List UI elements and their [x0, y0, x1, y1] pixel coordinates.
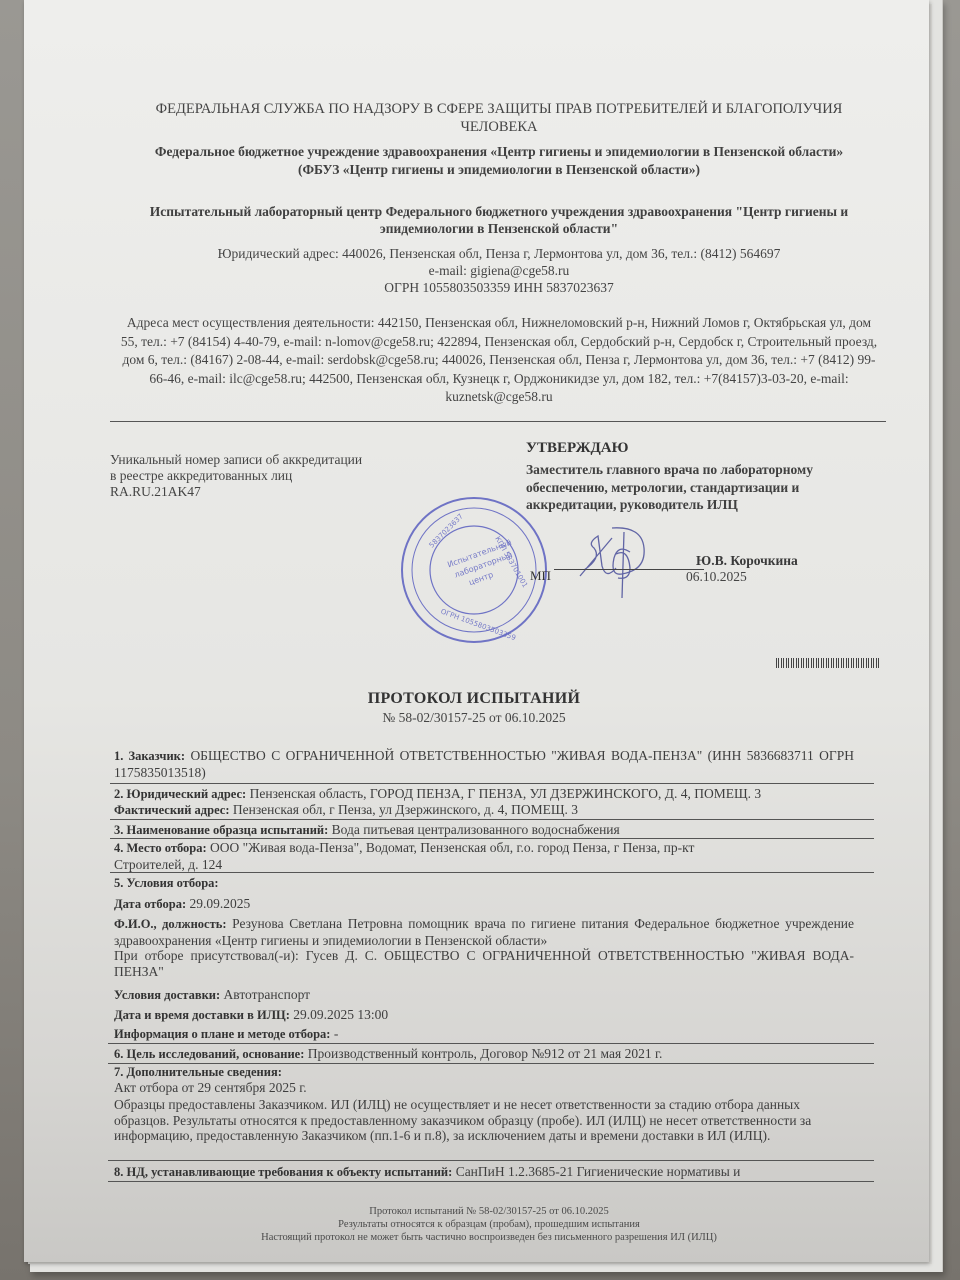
sampler-label: Ф.И.О., должность:	[114, 917, 227, 931]
section-purpose: 6. Цель исследований, основание: Произво…	[114, 1046, 854, 1063]
divider	[108, 1160, 874, 1161]
official-stamp-icon: Испытательный лабораторный центр КПП 583…	[399, 495, 549, 645]
section-actual-address: Фактический адрес: Пензенская обл, г Пен…	[114, 802, 854, 819]
delivery-time-value: 29.09.2025 13:00	[293, 1007, 388, 1022]
section-additional-info: 7. Дополнительные сведения:	[114, 1064, 854, 1081]
registration-numbers: ОГРН 1055803503359 ИНН 5837023637	[119, 279, 879, 296]
delivery-time-row: Дата и время доставки в ИЛЦ: 29.09.2025 …	[114, 1007, 854, 1024]
sample-name-value: Вода питьевая централизованного водоснаб…	[332, 822, 620, 837]
approval-title: УТВЕРЖДАЮ	[526, 440, 629, 457]
plan-info-row: Информация о плане и методе отбора: -	[114, 1026, 854, 1043]
legal-address-value: Пензенская область, ГОРОД ПЕНЗА, Г ПЕНЗА…	[250, 786, 761, 801]
sampler-row: Ф.И.О., должность: Резунова Светлана Пет…	[114, 916, 854, 948]
signature-line	[554, 569, 704, 570]
divider	[110, 819, 874, 820]
accreditation-line2: в реестре аккредитованных лиц	[110, 468, 410, 484]
customer-value: ОБЩЕСТВО С ОГРАНИЧЕННОЙ ОТВЕТСТВЕННОСТЬЮ…	[114, 748, 854, 780]
signer-name: Ю.В. Корочкина	[696, 553, 798, 569]
section-label: 1. Заказчик:	[114, 749, 185, 763]
document-page: ФЕДЕРАЛЬНАЯ СЛУЖБА ПО НАДЗОРУ В СФЕРЕ ЗА…	[24, 0, 929, 1262]
footer-copy-restriction: Настоящий протокол не может быть частичн…	[184, 1231, 794, 1244]
section-label: 2. Юридический адрес:	[114, 787, 246, 801]
present-row: При отборе присутствовал(-и): Гусев Д. С…	[114, 948, 854, 979]
approval-position: Заместитель главного врача по лабораторн…	[526, 461, 856, 514]
section-sampling-conditions: 5. Условия отбора:	[114, 875, 854, 892]
section-label: 8. НД, устанавливающие требования к объе…	[114, 1165, 452, 1179]
svg-text:ОГРН 1055803503359: ОГРН 1055803503359	[440, 608, 517, 643]
approval-date: 06.10.2025	[686, 569, 747, 585]
header-divider	[110, 421, 886, 422]
plan-info-label: Информация о плане и методе отбора:	[114, 1027, 330, 1041]
institution-short-name: (ФБУЗ «Центр гигиены и эпидемиологии в П…	[119, 161, 879, 179]
section-label: 7. Дополнительные сведения:	[114, 1065, 282, 1079]
accreditation-number: RA.RU.21AK47	[110, 484, 410, 500]
section-normative-docs: 8. НД, устанавливающие требования к объе…	[114, 1164, 854, 1181]
delivery-time-label: Дата и время доставки в ИЛЦ:	[114, 1008, 290, 1022]
delivery-row: Условия доставки: Автотранспорт	[114, 987, 854, 1004]
protocol-title: ПРОТОКОЛ ИСПЫТАНИЙ	[324, 690, 624, 708]
sampling-act: Акт отбора от 29 сентября 2025 г.	[114, 1080, 854, 1096]
section-label: 3. Наименование образца испытаний:	[114, 823, 328, 837]
protocol-number: № 58-02/30157-25 от 06.10.2025	[324, 710, 624, 726]
normative-docs-value: СанПиН 1.2.3685-21 Гигиенические нормати…	[456, 1164, 741, 1179]
section-customer: 1. Заказчик: ОБЩЕСТВО С ОГРАНИЧЕННОЙ ОТВ…	[114, 748, 854, 780]
divider	[108, 1043, 874, 1044]
page-footer: Протокол испытаний № 58-02/30157-25 от 0…	[184, 1205, 794, 1244]
accreditation-line1: Уникальный номер записи об аккредитации	[110, 452, 410, 468]
footer-results-note: Результаты относятся к образцам (пробам)…	[184, 1218, 794, 1231]
section-label: Фактический адрес:	[114, 803, 230, 817]
section-label: 6. Цель исследований, основание:	[114, 1047, 304, 1061]
section-legal-address: 2. Юридический адрес: Пензенская область…	[114, 786, 854, 803]
agency-name: ФЕДЕРАЛЬНАЯ СЛУЖБА ПО НАДЗОРУ В СФЕРЕ ЗА…	[119, 100, 879, 136]
activity-addresses: Адреса мест осуществления деятельности: …	[119, 314, 879, 407]
seal-placeholder-label: МП	[530, 568, 551, 584]
section-label: 5. Условия отбора:	[114, 876, 219, 890]
signature-icon	[572, 518, 662, 598]
institution-block: Федеральное бюджетное учреждение здравоо…	[119, 143, 879, 179]
section-sampling-place: 4. Место отбора: ООО "Живая вода-Пенза",…	[114, 840, 734, 872]
divider	[108, 1181, 874, 1182]
divider	[110, 783, 874, 784]
delivery-label: Условия доставки:	[114, 988, 220, 1002]
sampling-date-row: Дата отбора: 29.09.2025	[114, 896, 854, 913]
footer-protocol-ref: Протокол испытаний № 58-02/30157-25 от 0…	[184, 1205, 794, 1218]
sampling-date-label: Дата отбора:	[114, 897, 186, 911]
legal-address: Юридический адрес: 440026, Пензенская об…	[119, 245, 879, 262]
additional-note: Образцы предоставлены Заказчиком. ИЛ (ИЛ…	[114, 1097, 829, 1144]
plan-info-value: -	[334, 1026, 339, 1041]
divider	[110, 872, 874, 873]
lab-center-name: Испытательный лабораторный центр Федерал…	[119, 203, 879, 237]
actual-address-value: Пензенская обл, г Пенза, ул Дзержинского…	[233, 802, 578, 817]
divider	[110, 838, 874, 839]
section-sample-name: 3. Наименование образца испытаний: Вода …	[114, 822, 854, 839]
purpose-value: Производственный контроль, Договор №912 …	[308, 1046, 663, 1061]
legal-address-block: Юридический адрес: 440026, Пензенская об…	[119, 245, 879, 296]
svg-text:5837023637: 5837023637	[428, 512, 465, 549]
barcode-icon	[776, 658, 880, 668]
sampling-date-value: 29.09.2025	[190, 896, 251, 911]
accreditation-block: Уникальный номер записи об аккредитации …	[110, 452, 410, 500]
email: e-mail: gigiena@cge58.ru	[119, 262, 879, 279]
section-label: 4. Место отбора:	[114, 841, 207, 855]
delivery-value: Автотранспорт	[224, 987, 311, 1002]
institution-name: Федеральное бюджетное учреждение здравоо…	[119, 143, 879, 161]
